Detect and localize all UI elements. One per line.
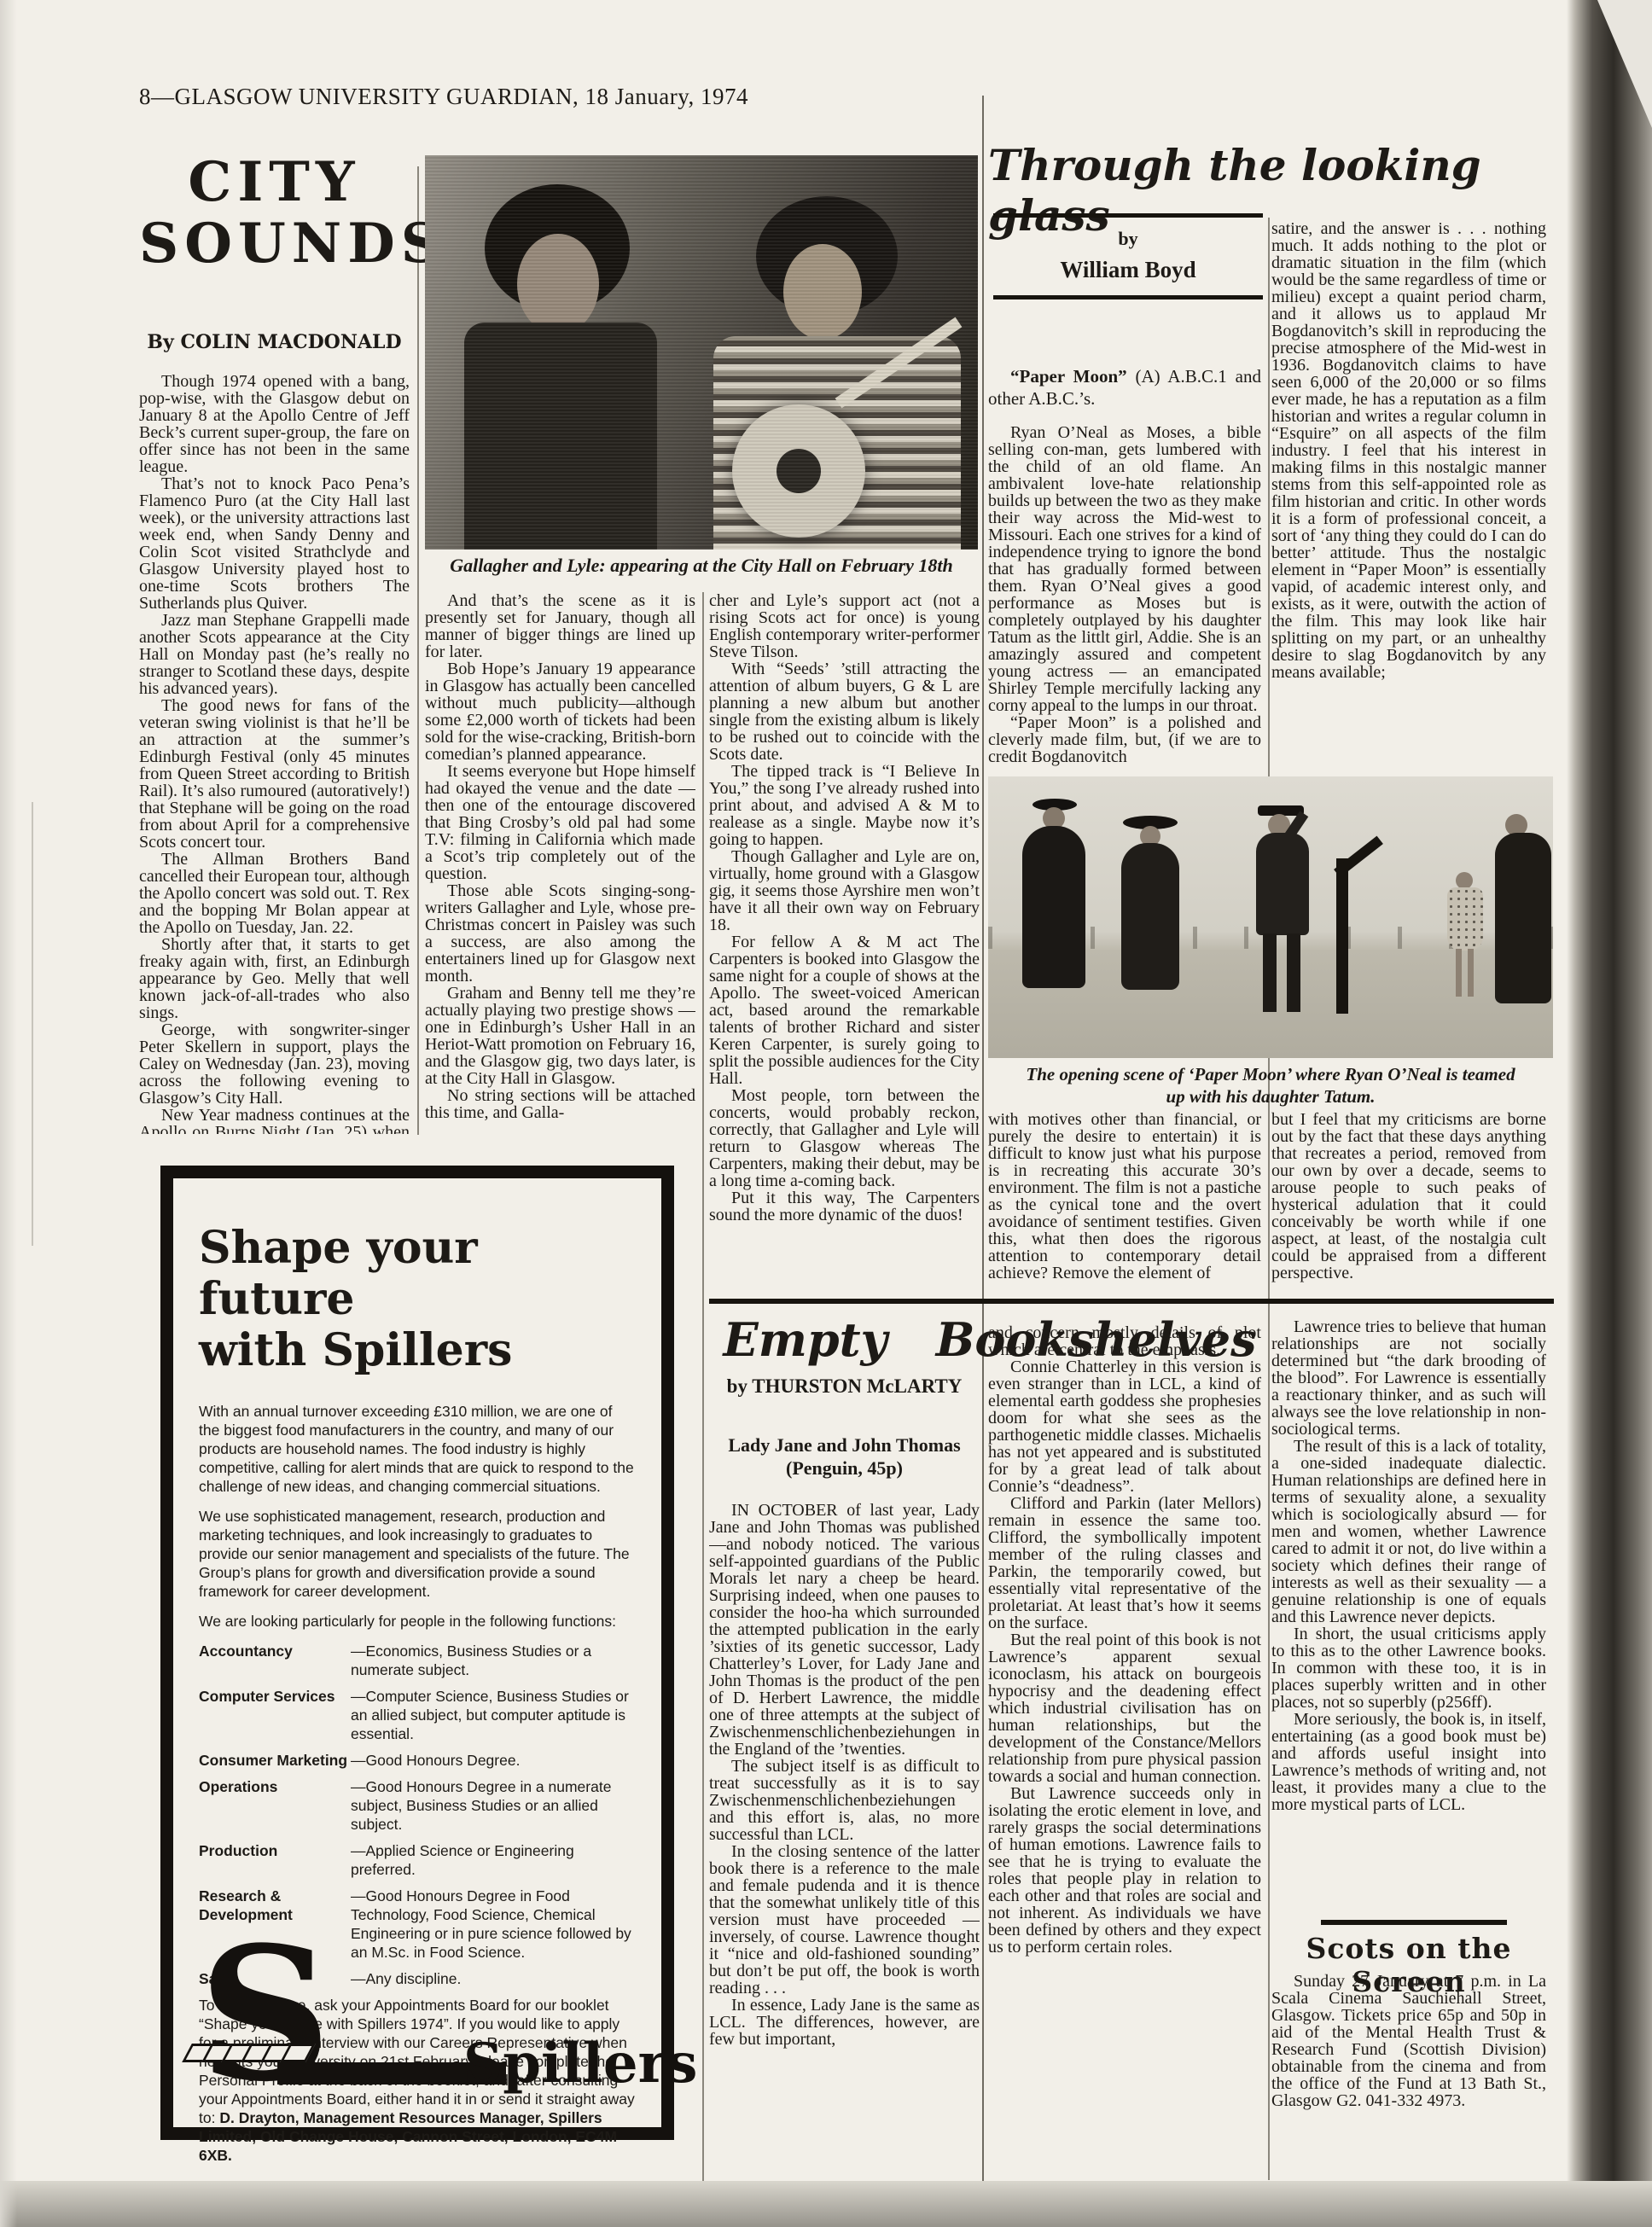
gallagher-lyle-photo [425,155,978,549]
caption-line2: up with his daughter Tatum. [988,1085,1553,1108]
spillers-logo: S Spillers [199,1962,660,2115]
function-row: Computer Services—Computer Science, Busi… [199,1687,636,1743]
leg [1287,933,1300,1012]
paragraph: But the real point of this book is not L… [988,1631,1261,1785]
function-label: Production [199,1841,351,1879]
paragraph: George, with songwriter-singer Peter Ske… [139,1021,410,1107]
paragraph: The subject itself is as difficult to tr… [709,1758,980,1843]
paragraph: The tipped track is “I Believe In You,” … [709,763,980,848]
figure-silhouette [1121,843,1179,990]
leg [1468,949,1474,997]
paragraph: In essence, Lady Jane is the same as LCL… [709,1997,980,2048]
paragraph: The good news for fans of the veteran sw… [139,697,410,851]
scan-edge-bottom [0,2181,1652,2227]
pump-handle [1334,836,1383,878]
girl-dress [1447,887,1483,951]
caption-line1: The opening scene of ‘Paper Moon’ where … [988,1063,1553,1085]
film-title: “Paper Moon” [1010,366,1127,387]
paragraph: satire, and the answer is . . . nothing … [1271,220,1546,681]
ad-intro-1: With an annual turnover exceeding £310 m… [199,1402,636,1496]
scan-edge-left [0,0,17,2227]
city-sounds-title-line2: SOUNDS [139,213,410,275]
city-sounds-column-1: Though 1974 opened with a bang, pop-wise… [139,373,410,1134]
page-header: 8—GLASGOW UNIVERSITY GUARDIAN, 18 Januar… [139,84,992,110]
paragraph: Ryan O’Neal as Moses, a bible selling co… [988,424,1261,714]
paragraph: Those able Scots singing-song-writers Ga… [425,882,695,985]
function-desc: —Computer Science, Business Studies or a… [351,1687,636,1743]
bookshelves-byline: by THURSTON McLARTY [709,1375,980,1398]
paragraph: No string sections will be attached this… [425,1087,695,1121]
paper-fold-line [32,802,33,1246]
scan-edge-right [1567,0,1652,2227]
paragraph: Put it this way, The Carpenters sound th… [709,1189,980,1224]
column-divider [417,166,419,1135]
looking-glass-column-2: satire, and the answer is . . . nothing … [1271,220,1546,776]
paragraph: Connie Chatterley in this version is eve… [988,1358,1261,1495]
newspaper-page: 8—GLASGOW UNIVERSITY GUARDIAN, 18 Januar… [0,0,1652,2227]
byline-name: William Boyd [993,257,1263,283]
paragraph: In the closing sentence of the latter bo… [709,1843,980,1997]
figure-silhouette [1495,833,1551,1003]
paragraph: Shortly after that, it starts to get fre… [139,936,410,1021]
paragraph: cher and Lyle’s support act (not a risin… [709,592,980,660]
figure-silhouette [1256,833,1309,935]
paragraph: That’s not to knock Paco Pena’s Flamenco… [139,475,410,612]
function-row: Accountancy—Economics, Business Studies … [199,1642,636,1679]
city-sounds-byline: By COLIN MACDONALD [139,331,410,353]
column-divider [702,592,704,2184]
spillers-wordmark: Spillers [463,2032,697,2096]
paragraph: Though 1974 opened with a bang, pop-wise… [139,373,410,475]
function-desc: —Economics, Business Studies or a numera… [351,1642,636,1679]
column-divider [1268,218,1270,2180]
function-desc: —Good Honours Degree. [351,1751,636,1770]
paragraph: Graham and Benny tell me they’re actuall… [425,985,695,1087]
byline-by: by [993,228,1263,250]
ad-intro-2: We use sophisticated management, researc… [199,1507,636,1601]
paragraph: The result of this is a lack of totality… [1271,1438,1546,1625]
spillers-ad: Shape your future with Spillers With an … [160,1166,674,2140]
photo-caption: Gallagher and Lyle: appearing at the Cit… [408,555,995,577]
bookshelves-column-2: and concern mostly details of plot which… [988,1324,1261,2184]
paragraph: New Year madness continues at the Apollo… [139,1107,410,1134]
ad-functions-lead: We are looking particularly for people i… [199,1612,636,1631]
bookshelves-column-3: Lawrence tries to believe that human rel… [1271,1318,1546,1916]
city-sounds-title: CITY SOUNDS [139,152,410,275]
book-title-line1: Lady Jane and John Thomas [709,1433,980,1457]
function-desc: —Applied Science or Engineering preferre… [351,1841,636,1879]
city-sounds-column-3: cher and Lyle’s support act (not a risin… [709,592,980,1275]
head [1456,872,1473,889]
paragraph: IN OCTOBER of last year, Lady Jane and J… [709,1502,980,1758]
function-label: Computer Services [199,1687,351,1743]
photo-caption: The opening scene of ‘Paper Moon’ where … [988,1063,1553,1108]
function-label: Accountancy [199,1642,351,1679]
paragraph: The Allman Brothers Band cancelled their… [139,851,410,936]
paragraph: Clifford and Parkin (later Mellors) rema… [988,1495,1261,1631]
leg [1263,933,1277,1012]
paragraph: with motives other than financial, or pu… [988,1111,1261,1282]
paragraph: It seems everyone but Hope himself had o… [425,763,695,882]
ad-headline-line3: with Spillers [199,1325,636,1376]
section-rule [709,1299,1554,1304]
photo-grain [425,155,978,549]
looking-glass-column-1-below: with motives other than financial, or pu… [988,1111,1261,1299]
looking-glass-column-2-below: but I feel that my criticisms are borne … [1271,1111,1546,1297]
function-row: Operations—Good Honours Degree in a nume… [199,1777,636,1834]
city-sounds-title-line1: CITY [139,152,410,213]
film-reference: “Paper Moon” (A) A.B.C.1 and other A.B.C… [988,365,1261,410]
paragraph: Most people, torn between the concerts, … [709,1087,980,1189]
reviewed-book-title: Lady Jane and John Thomas (Penguin, 45p) [709,1433,980,1480]
wheat-ear-icon [187,2044,305,2062]
scots-screen-body: Sunday 27 January at 7 p.m. in La Scala … [1271,1973,1546,2183]
paragraph: Bob Hope’s January 19 appearance in Glas… [425,660,695,763]
book-title-line2: (Penguin, 45p) [709,1457,980,1480]
paragraph: Lawrence tries to believe that human rel… [1271,1318,1546,1438]
function-desc: —Good Honours Degree in Food Technology,… [351,1887,636,1962]
function-row: Production—Applied Science or Engineerin… [199,1841,636,1879]
paragraph: More seriously, the book is, in itself, … [1271,1711,1546,1813]
paragraph: Sunday 27 January at 7 p.m. in La Scala … [1271,1973,1546,2109]
scots-screen-rule [1321,1920,1507,1925]
paragraph: but I feel that my criticisms are borne … [1271,1111,1546,1282]
ad-headline-line1: Shape your [199,1223,636,1274]
paper-moon-photo [988,776,1553,1058]
function-label: Operations [199,1777,351,1834]
paragraph: “Paper Moon” is a polished and cleverly … [988,714,1261,765]
column-divider [982,96,984,2183]
paragraph: And that’s the scene as it is presently … [425,592,695,660]
leg [1456,949,1462,997]
paragraph: Though Gallagher and Lyle are on, virtua… [709,848,980,933]
paragraph: With “Seeds’ ’still attracting the atten… [709,660,980,763]
figure-silhouette [1022,826,1085,988]
function-desc: —Good Honours Degree in a numerate subje… [351,1777,636,1834]
paragraph: Jazz man Stephane Grappelli made another… [139,612,410,697]
looking-glass-byline-box: by William Boyd [993,213,1263,299]
paragraph: In short, the usual criticisms apply to … [1271,1625,1546,1711]
ad-headline: Shape your future with Spillers [199,1223,636,1376]
function-label: Consumer Marketing [199,1751,351,1770]
looking-glass-column-1: Ryan O’Neal as Moses, a bible selling co… [988,424,1261,776]
paragraph: But Lawrence succeeds only in isolating … [988,1785,1261,1956]
bookshelves-column-1: IN OCTOBER of last year, Lady Jane and J… [709,1502,980,2189]
paragraph: For fellow A & M act The Carpenters is b… [709,933,980,1087]
water-pump [1336,858,1348,1014]
paragraph: and concern mostly details of plot which… [988,1324,1261,1358]
function-row: Consumer Marketing—Good Honours Degree. [199,1751,636,1770]
ad-headline-line2: future [199,1274,636,1325]
